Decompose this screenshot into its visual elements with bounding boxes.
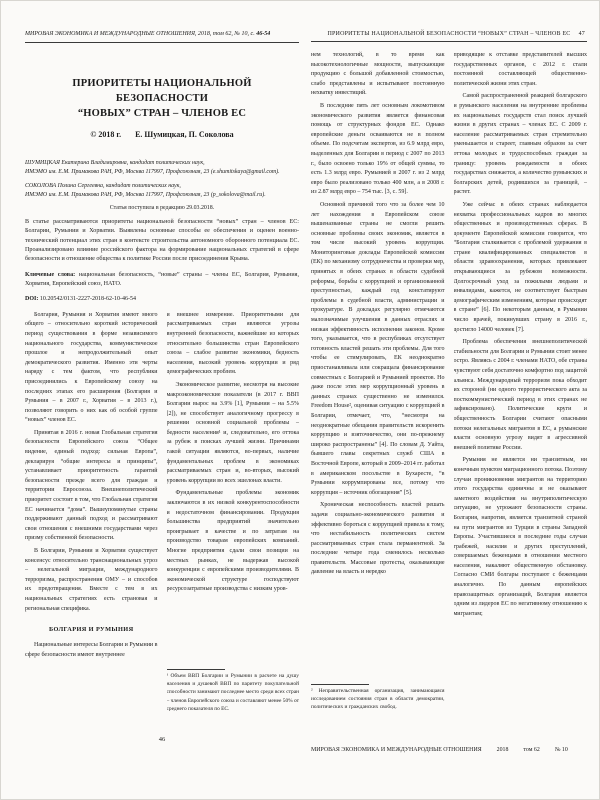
footnote-rule [167, 669, 225, 670]
body-paragraph: Принятая в 2016 г. новая Глобальная стра… [25, 429, 158, 544]
author2-name: СОКОЛОВА Полина Сергеевна, кандидат поли… [25, 183, 181, 189]
article-title: ПРИОРИТЕТЫ НАЦИОНАЛЬНОЙ БЕЗОПАСНОСТИ “НО… [25, 77, 299, 121]
journal-footer: МИРОВАЯ ЭКОНОМИКА И МЕЖДУНАРОДНЫЕ ОТНОШЕ… [311, 747, 587, 753]
body-paragraph: Хроническая неспособность властей решать… [311, 501, 445, 578]
right-page: ПРИОРИТЕТЫ НАЦИОНАЛЬНОЙ БЕЗОПАСНОСТИ “НО… [311, 31, 587, 779]
header-rule [25, 42, 299, 43]
author1-name: ШУМИЦКАЯ Екатерина Владимировна, кандида… [25, 160, 205, 166]
keywords-label: Ключевые слова: [25, 272, 75, 278]
footnote-rule [311, 684, 369, 685]
doi: DOI: 10.20542/0131-2227-2018-62-10-46-54 [25, 296, 299, 302]
keywords: Ключевые слова: национальная безопасност… [25, 271, 299, 290]
page-number-right: 47 [579, 31, 585, 37]
copyright-notice: © 2018 г. [90, 130, 121, 139]
footer-journal-name: МИРОВАЯ ЭКОНОМИКА И МЕЖДУНАРОДНЫЕ ОТНОШЕ… [311, 747, 482, 753]
body-paragraph: Болгария, Румыния и Хорватия имеют много… [25, 311, 158, 426]
running-header: МИРОВАЯ ЭКОНОМИКА И МЕЖДУНАРОДНЫЕ ОТНОШЕ… [25, 31, 299, 38]
body-columns: нем технологий, в то время как высокотех… [311, 51, 587, 711]
scanned-journal-spread: МИРОВАЯ ЭКОНОМИКА И МЕЖДУНАРОДНЫЕ ОТНОШЕ… [0, 0, 600, 800]
header-rule [311, 41, 587, 42]
footnote-text: ¹ Объем ВВП Болгарии и Румынии в расчете… [167, 672, 300, 713]
footnote-1: ¹ Объем ВВП Болгарии и Румынии в расчете… [167, 666, 300, 713]
body-paragraph: и внешнее измерение. Приоритетными для р… [167, 311, 300, 378]
body-paragraph: нем технологий, в то время как высокотех… [311, 51, 445, 99]
article-title-line2: “НОВЫХ” СТРАН – ЧЛЕНОВ ЕС [25, 107, 299, 122]
body-paragraph: Румыния не является ни транзитным, ни ко… [454, 456, 588, 619]
author-info: СОКОЛОВА Полина Сергеевна, кандидат поли… [25, 182, 299, 200]
body-paragraph: приводящие к отставке представителей выс… [454, 51, 588, 89]
body-paragraph: Национальные интересы Болгарии и Румынии… [25, 641, 158, 660]
journal-reference-pages: 46-54 [256, 31, 270, 37]
footnote-text: ² Неправительственная организация, заним… [311, 687, 445, 711]
left-page: МИРОВАЯ ЭКОНОМИКА И МЕЖДУНАРОДНЫЕ ОТНОШЕ… [25, 31, 299, 779]
authors-byline: © 2018 г.Е. Шумицкая, П. Соколова [25, 130, 299, 139]
doi-label: DOI: [25, 296, 38, 302]
footnote-2: ² Неправительственная организация, заним… [311, 681, 445, 711]
body-paragraph: В последние пять лет основным локомотиво… [311, 102, 445, 198]
running-title: ПРИОРИТЕТЫ НАЦИОНАЛЬНОЙ БЕЗОПАСНОСТИ “НО… [327, 31, 570, 37]
body-paragraph: Уже сейчас в обеих странах наблюдается н… [454, 201, 588, 335]
running-header: ПРИОРИТЕТЫ НАЦИОНАЛЬНОЙ БЕЗОПАСНОСТИ “НО… [311, 31, 587, 37]
body-columns: Болгария, Румыния и Хорватия имеют много… [25, 311, 299, 713]
body-paragraph: Проблема обеспечения внешнеполитической … [454, 338, 588, 453]
body-column-1: нем технологий, в то время как высокотех… [311, 51, 445, 711]
author1-affiliation: ИМЭМО им. Е.М. Примакова РАН, РФ, Москва… [25, 169, 280, 175]
footer-volume: том 62 [523, 747, 539, 753]
abstract-text: В статье рассматриваются приоритеты наци… [25, 218, 299, 265]
body-paragraph: Самой распространенной реакцией болгарск… [454, 92, 588, 198]
author2-affiliation: ИМЭМО им. Е.М. Примакова РАН, РФ, Москва… [25, 192, 266, 198]
section-heading: БОЛГАРИЯ И РУМЫНИЯ [25, 625, 158, 635]
body-column-2: приводящие к отставке представителей выс… [454, 51, 588, 711]
authors-names: Е. Шумицкая, П. Соколова [135, 130, 234, 139]
footer-year: 2018 [497, 747, 509, 753]
body-paragraph: Фундаментальные проблемы экономик заключ… [167, 489, 300, 595]
body-column-1: Болгария, Румыния и Хорватия имеют много… [25, 311, 158, 713]
body-paragraph: Экономическое развитие, несмотря на высо… [167, 381, 300, 487]
journal-reference: МИРОВАЯ ЭКОНОМИКА И МЕЖДУНАРОДНЫЕ ОТНОШЕ… [25, 31, 256, 37]
page-number-left: 46 [25, 736, 299, 743]
footer-issue: № 10 [555, 747, 568, 753]
author-info-block: ШУМИЦКАЯ Екатерина Владимировна, кандида… [25, 159, 299, 199]
received-date: Статья поступила в редакцию 29.03.2018. [25, 205, 299, 211]
body-paragraph: В Болгарии, Румынии и Хорватии существуе… [25, 547, 158, 614]
doi-value: 10.20542/0131-2227-2018-62-10-46-54 [40, 296, 136, 302]
body-paragraph: Основной причиной того что за более чем … [311, 201, 445, 498]
body-column-2: и внешнее измерение. Приоритетными для р… [167, 311, 300, 713]
article-title-line1: ПРИОРИТЕТЫ НАЦИОНАЛЬНОЙ БЕЗОПАСНОСТИ [25, 77, 299, 106]
author-info: ШУМИЦКАЯ Екатерина Владимировна, кандида… [25, 159, 299, 177]
